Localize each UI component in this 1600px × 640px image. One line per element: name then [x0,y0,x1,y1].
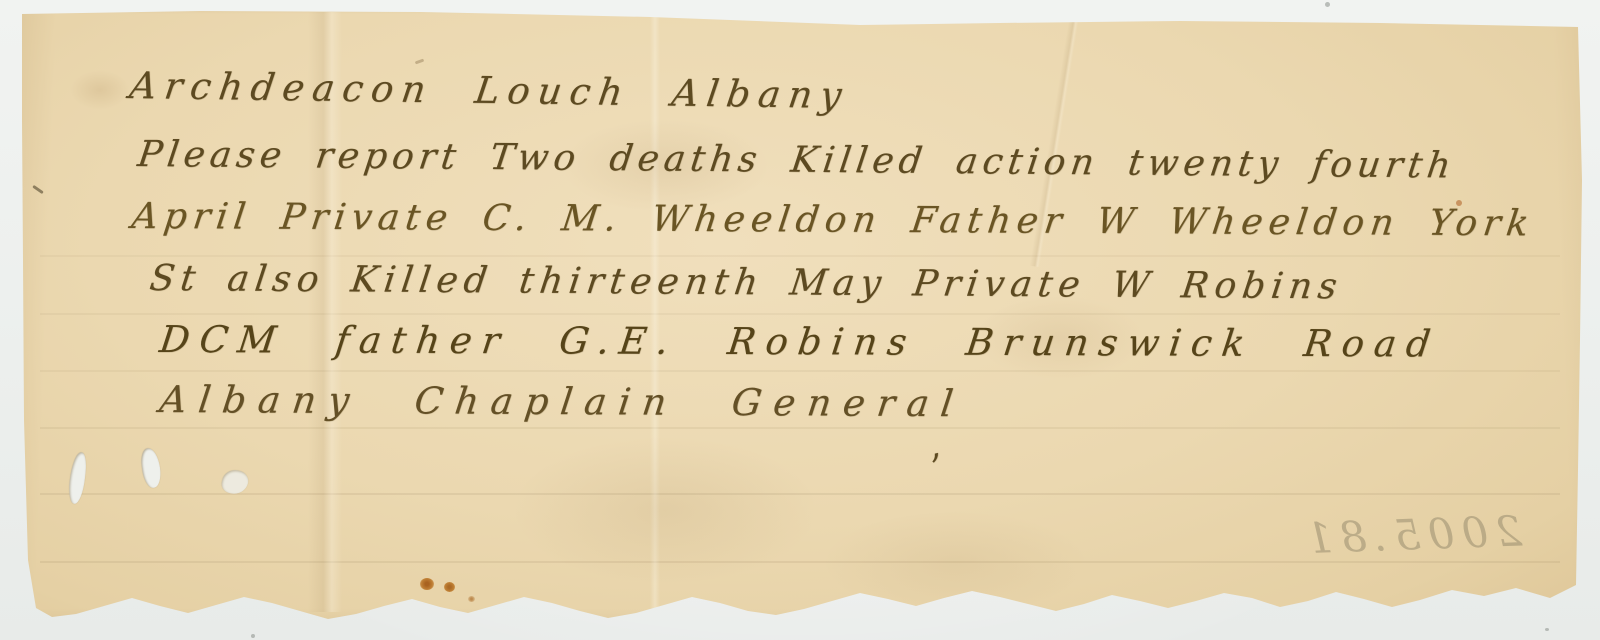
paper-hole [139,447,162,489]
rust-spot [444,582,455,592]
paper-hole [67,451,87,504]
handwritten-note-paper: Archdeacon Louch Albany Please report Tw… [0,0,1600,640]
stray-pen-mark: , [923,426,944,467]
handwriting-line-6: Albany Chaplain General [157,378,967,425]
handwriting-line-1: Archdeacon Louch Albany [127,64,852,117]
rust-spot [420,578,434,590]
handwriting-line-4: St also Killed thirteenth May Private W … [147,258,1345,307]
fiber-speck [415,59,424,65]
rust-spot [468,596,475,602]
ruled-line [40,427,1560,429]
fiber-speck [32,185,44,194]
dust-speck [1325,2,1330,7]
handwriting-line-5: DCM father G.E. Robins Brunswick Road [157,318,1442,365]
ruled-line [40,313,1560,315]
ruled-line [40,255,1560,257]
ruled-line [40,370,1560,372]
handwriting-line-3: April Private C. M. Wheeldon Father W Wh… [129,196,1537,244]
scan-background: Archdeacon Louch Albany Please report Tw… [0,0,1600,640]
dust-speck [1545,628,1549,631]
dust-speck [251,634,255,638]
paper-stain [70,70,130,110]
paper-stain [510,435,820,585]
paper-stain [820,510,1090,615]
accession-number-bleedthrough: 2005.81 [1321,507,1523,563]
